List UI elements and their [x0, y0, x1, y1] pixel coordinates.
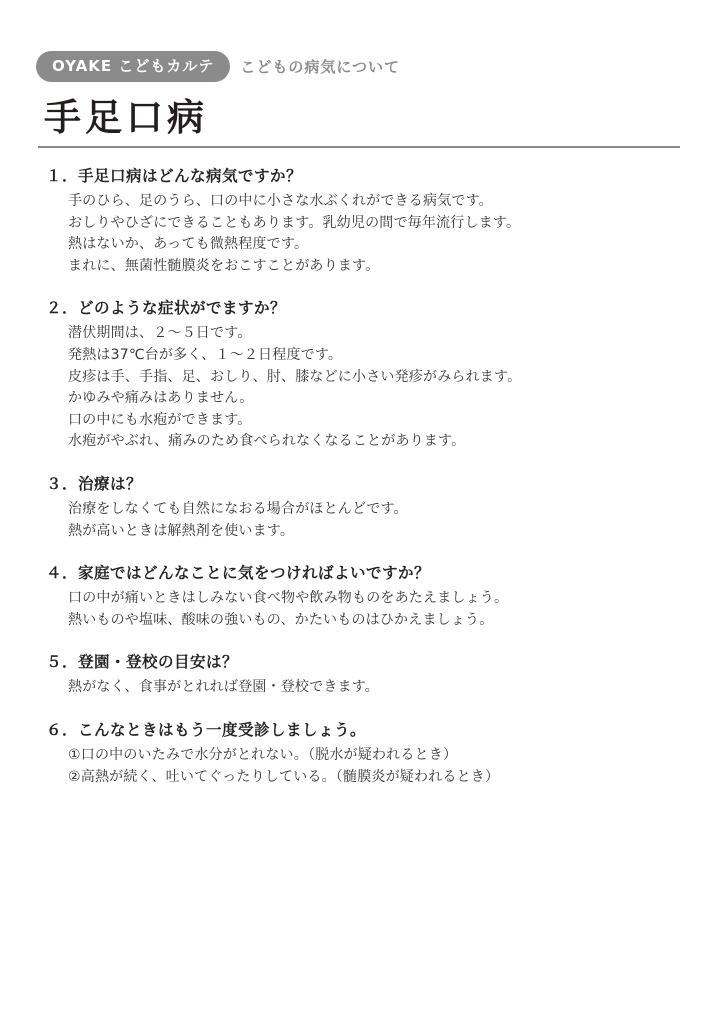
page-subtitle: こどもの病気について: [240, 56, 400, 77]
section-treatment: ３．治療は？ 治療をしなくても自然になおる場合がほとんどです。 熱が高いときは解…: [46, 472, 696, 542]
section-line: 口の中にも水疱ができます。: [68, 410, 696, 432]
title-divider: [38, 146, 680, 148]
section-line: 口の中が痛いときはしみない食べ物や飲み物ものをあたえましょう。: [68, 588, 696, 610]
section-line: 皮疹は手、手指、足、おしり、肘、膝などに小さい発疹がみられます。: [68, 367, 696, 389]
section-line: 水疱がやぶれ、痛みのため食べられなくなることがあります。: [68, 431, 696, 453]
section-line: ①口の中のいたみで水分がとれない。（脱水が疑われるとき）: [68, 745, 696, 767]
section-line: 潜伏期間は、２〜５日です。: [68, 323, 696, 345]
section-what-is-it: １．手足口病はどんな病気ですか？ 手のひら、足のうら、口の中に小さな水ぶくれがで…: [46, 164, 696, 277]
section-heading: ３．治療は？: [46, 472, 696, 496]
section-line: まれに、無菌性髄膜炎をおこすことがあります。: [68, 256, 696, 278]
section-heading: ６．こんなときはもう一度受診しましょう。: [46, 718, 696, 742]
document-body: １．手足口病はどんな病気ですか？ 手のひら、足のうら、口の中に小さな水ぶくれがで…: [46, 164, 696, 807]
section-heading: ２．どのような症状がでますか？: [46, 296, 696, 320]
section-line: 治療をしなくても自然になおる場合がほとんどです。: [68, 499, 696, 521]
section-line: 熱はないか、あっても微熱程度です。: [68, 234, 696, 256]
brand-badge: OYAKE こどもカルテ: [36, 51, 230, 82]
section-home-care: ４．家庭ではどんなことに気をつければよいですか？ 口の中が痛いときはしみない食べ…: [46, 561, 696, 631]
section-line: ②高熱が続く、吐いてぐったりしている。（髄膜炎が疑われるとき）: [68, 767, 696, 789]
section-line: おしりやひざにできることもあります。乳幼児の間で毎年流行します。: [68, 213, 696, 235]
section-line: 発熱は37℃台が多く、１〜２日程度です。: [68, 345, 696, 367]
section-line: 熱が高いときは解熱剤を使います。: [68, 521, 696, 543]
section-line: 手のひら、足のうら、口の中に小さな水ぶくれができる病気です。: [68, 191, 696, 213]
section-return-to-school: ５．登園・登校の目安は？ 熱がなく、食事がとれれば登園・登校できます。: [46, 650, 696, 699]
section-line: 熱いものや塩味、酸味の強いもの、かたいものはひかえましょう。: [68, 610, 696, 632]
page-title: 手足口病: [44, 96, 208, 140]
document-page: OYAKE こどもカルテ こどもの病気について 手足口病 １．手足口病はどんな病…: [0, 0, 724, 1024]
section-heading: ５．登園・登校の目安は？: [46, 650, 696, 674]
section-line: かゆみや痛みはありません。: [68, 388, 696, 410]
section-heading: ４．家庭ではどんなことに気をつければよいですか？: [46, 561, 696, 585]
section-heading: １．手足口病はどんな病気ですか？: [46, 164, 696, 188]
document-header: OYAKE こどもカルテ こどもの病気について: [36, 51, 400, 82]
section-symptoms: ２．どのような症状がでますか？ 潜伏期間は、２〜５日です。 発熱は37℃台が多く…: [46, 296, 696, 453]
section-line: 熱がなく、食事がとれれば登園・登校できます。: [68, 677, 696, 699]
section-revisit-doctor: ６．こんなときはもう一度受診しましょう。 ①口の中のいたみで水分がとれない。（脱…: [46, 718, 696, 788]
